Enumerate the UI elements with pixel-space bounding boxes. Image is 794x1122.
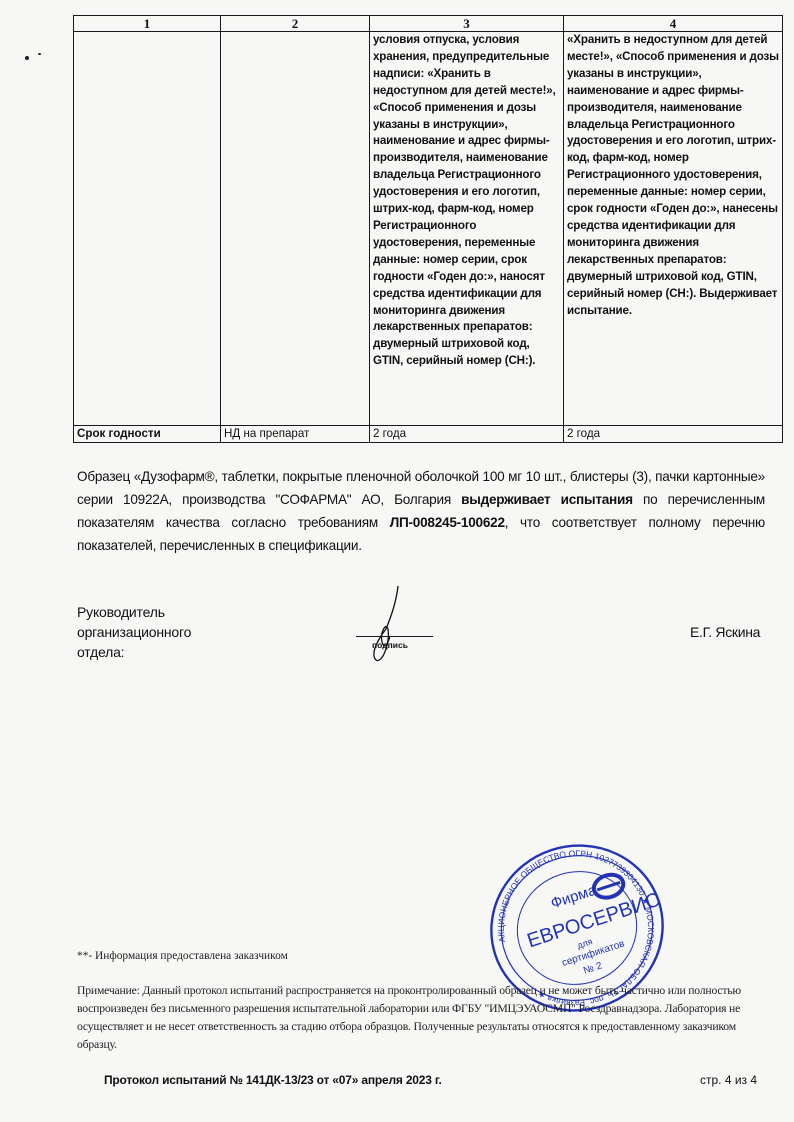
scan-speck xyxy=(25,56,29,60)
conclusion-paragraph: Образец «Дузофарм®, таблетки, покрытые п… xyxy=(77,465,765,557)
position-line: отдела: xyxy=(77,642,191,662)
position-line: Руководитель xyxy=(77,602,191,622)
footnote: **- Информация предоставлена заказчиком xyxy=(77,950,288,962)
column-header-3: 3 xyxy=(370,16,564,32)
conclusion-registration-number: ЛП-008245-100622 xyxy=(390,515,505,530)
signatory-name: Е.Г. Яскина xyxy=(690,624,760,640)
table-header-row: 1 2 3 4 xyxy=(74,16,783,32)
disclaimer-note: Примечание: Данный протокол испытаний ра… xyxy=(77,982,777,1054)
cell-indicator: Срок годности xyxy=(74,426,221,443)
handwritten-signature-icon xyxy=(360,584,410,664)
cell-requirement: условия отпуска, условия хранения, преду… xyxy=(370,32,564,426)
page-number: стр. 4 из 4 xyxy=(700,1073,757,1087)
cell-result: «Хранить в недоступном для детей месте!»… xyxy=(564,32,783,426)
signature-line xyxy=(356,636,433,637)
position-line: организационного xyxy=(77,622,191,642)
cell-indicator xyxy=(74,32,221,426)
column-header-1: 1 xyxy=(74,16,221,32)
stamp-number: № 2 xyxy=(582,960,604,976)
table-row-labeling: условия отпуска, условия хранения, преду… xyxy=(74,32,783,426)
table-row-shelf-life: Срок годности НД на препарат 2 года 2 го… xyxy=(74,426,783,443)
signature-caption: подпись xyxy=(372,640,408,650)
conclusion-verdict: выдерживает испытания xyxy=(461,492,633,507)
specification-table: 1 2 3 4 условия отпуска, условия хранени… xyxy=(73,15,783,443)
stamp-firm-label: Фирма xyxy=(549,882,599,913)
scan-speck xyxy=(38,53,41,55)
column-header-2: 2 xyxy=(221,16,370,32)
cell-requirement: 2 года xyxy=(370,426,564,443)
cell-method xyxy=(221,32,370,426)
protocol-reference: Протокол испытаний № 141ДК-13/23 от «07»… xyxy=(104,1073,442,1087)
column-header-4: 4 xyxy=(564,16,783,32)
signatory-position: Руководитель организационного отдела: xyxy=(77,602,191,662)
cell-method: НД на препарат xyxy=(221,426,370,443)
cell-result: 2 года xyxy=(564,426,783,443)
